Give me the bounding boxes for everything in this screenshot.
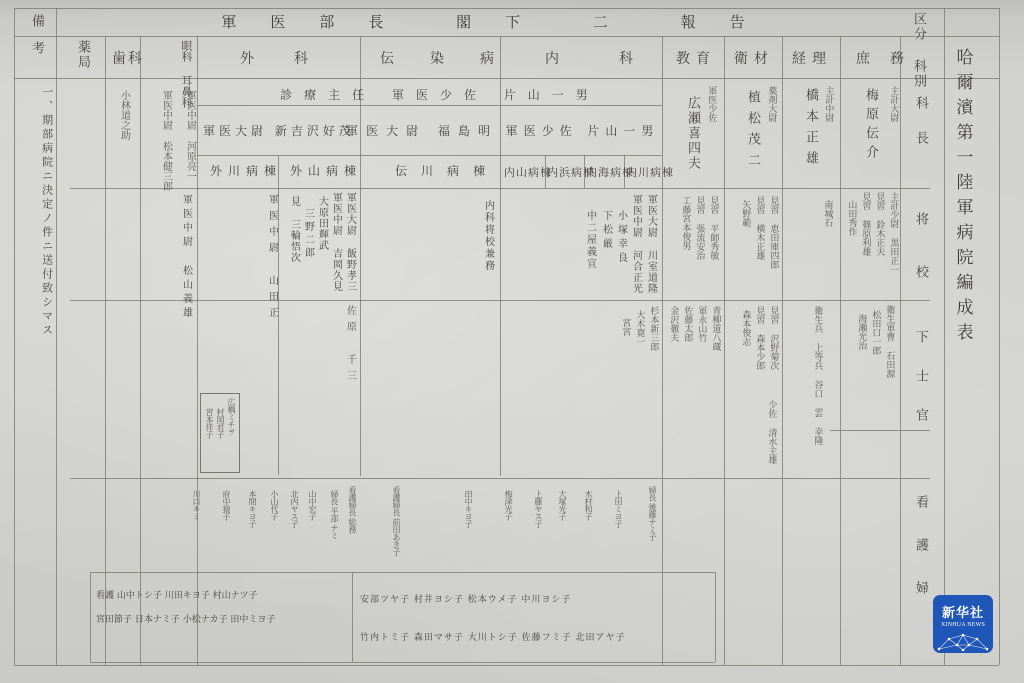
nurse-ul-2: 婦長 平部 ナミ [329,490,339,539]
naika-sub-head: 軍医少佐 片山一男 [505,122,660,139]
nurse-lower-1: 看護 山中トシ子 川田キヨ子 村山ナツ子 [96,588,258,601]
nurse-lower-split [352,572,353,662]
naika-dept-head: 診療主任 軍医少佐 片山一男 [230,86,650,103]
main-title: 哈爾濱第一陸軍病院編成表 [952,48,972,348]
globe-network-icon [937,633,989,651]
nco-eizai-2: 見習 森本少郎 [754,306,764,370]
nurse-box: 広橋ミチヲ 村岡君子 宮本伴子 [200,393,240,473]
officer-shomu-2: 見習 鈴木正夫 [874,192,884,256]
officer-extra-note: 佐原 千三 [344,305,356,386]
nco-kyoiku-1: 青柳道八蔵 [710,306,720,351]
nurse-lower-top [90,572,715,573]
ward-infectious: 伝川病棟 [395,162,499,179]
nurse-ur-8: 看護婦長 前田あき子 [391,486,401,556]
nurse-ul-8: 川口キミ [191,490,201,520]
nco-keiri-1: 衛生兵 上等兵 谷口 雲 幸隆 [812,306,822,445]
chief-kyoiku-rank: 軍医少佐 [706,86,716,122]
right-border [999,8,1000,665]
officer-geka-1: 軍医大尉 飯野孝三 [344,192,356,292]
nurse-block-upper-left: 看護婦長 総務 婦長 平部 ナミ 山中宏子 北内ヤス子 小山代子 本間キヨ子 府… [140,481,362,573]
densenbyo-sub-head: 軍医大尉 福島明 [362,122,498,139]
officer-naika-5: 中二屋義宣 [584,210,596,270]
nco-kyoiku-4: 金沢徹夫 [668,306,678,342]
nurse-ul-4: 北内ヤス子 [289,490,299,528]
header-naika: 内科 [545,48,693,68]
header-shika: 歯科 [112,48,144,68]
header-shomu: 庶務 [856,48,924,68]
naika-head-divider [197,105,662,106]
nco-kyoiku-3: 佐藤太郎 [682,306,692,342]
rank-chief: 科長 [912,96,927,166]
chief-ganka-2: 軍医中尉 松本健三郎 [160,90,172,191]
col-eizai-right [782,36,783,665]
col-shomu-right [900,36,901,665]
officer-geka-5: 見 三輪悟次 [288,196,300,263]
officer-ganka-1: 軍医中尉 松山義雄 [180,194,192,321]
officer-kyoiku-3: 工藤宮本俊男 [680,196,690,250]
officer-naika-3: 小塚幸良 [615,210,627,266]
header-geka: 外科 [240,48,348,68]
header-eizai: 衛材 [734,48,774,68]
bottom-border [14,665,999,666]
officer-kyoiku-1: 見習 平師秀敏 [708,196,718,260]
nurse-ul-1: 看護婦長 総務 [347,486,357,533]
nurse-ul-3: 山中宏子 [307,490,317,520]
rank-officers: 将校 [912,212,927,318]
col-keiri-right [840,36,841,665]
nco-naika-3: 宮宮 [620,318,630,336]
chief-eizai-rank: 薬剤大尉 [766,86,776,122]
nurse-ur-2: 上田ミヨ子 [613,490,623,528]
nurse-ur-5: 上藤ヤス子 [533,490,543,528]
geka-sub-head: 軍医大尉 新吉沢好茂 [200,122,358,139]
nco-shomu-1: 衛生軍曹 石田源 [884,305,894,378]
nco-kyoiku-2: 軍永山竹 [696,306,706,342]
officer-naika-4: 下松厳 [600,210,612,252]
nurse-ul-7: 府中猿子 [221,490,231,520]
nurse-lower-2: 宮田節子 日本ナミ子 小松ナカ子 田中ミヨ子 [96,612,275,625]
nurse-ur-7: 田中キヨ子 [463,490,473,528]
officer-densenbyo-1: 内科将校兼務 [482,200,494,272]
ward-surgery-1: 外山病棟 [290,162,362,179]
nurse-ur-6: 梅津光子 [503,490,513,520]
header-banner: 軍医部長 閣下 二 報告 [220,11,780,32]
nurse-lower-3: 安部ツヤ子 村井ヨシ子 松本ウメ子 中川ヨシ子 [360,592,571,605]
officer-shomu-1: 主計少尉 黒田正一 [888,192,898,274]
xinhua-news-logo: 新华社 XINHUA NEWS [933,595,993,653]
top-border [14,8,999,9]
officer-geka-6: 軍医中尉 山田正 [266,194,278,323]
nco-shomu-2: 松田口一郎 [870,310,880,355]
header-densenbyo: 伝染病 [380,48,530,68]
chief-ganka-1: 軍医中尉 河原亮一 [184,90,196,181]
chief-shomu-rank: 主計大尉 [888,86,898,122]
chief-kyoiku: 広瀬喜四夫 [684,96,699,171]
rank-ncos: 下士官 [912,330,927,447]
nurse-row-top [70,478,930,479]
ward-internal-4: 内山病棟 [504,164,552,180]
nurse-ul-5: 小山代子 [269,490,279,520]
nurse-lower-4: 竹内トミ子 森田マサ子 大川トシ子 佐藤フミ子 北田アヤ子 [360,630,625,643]
officer-kyoiku-2: 見習 張流安治 [694,196,704,260]
nurse-lower-right [715,572,716,662]
nco-eizai-1: 見習 沢野菊次 [768,306,778,370]
nco-eizai-3: 森本俊志 [740,310,750,346]
col-geka-split [278,155,279,475]
nurse-boxed-3: 宮本伴子 [204,408,214,438]
logo-text-cn: 新华社 [933,602,993,621]
banner-divider [14,36,999,37]
nurse-boxed-1: 広橋ミチヲ [226,398,236,436]
nurse-ur-1: 婦長 後藤ナミ子 [647,486,657,541]
chief-eizai: 植松茂二 [744,90,759,174]
officer-eizai-3: 矢野範 [740,200,750,227]
logo-text-en: XINHUA NEWS [933,622,993,628]
chief-shika: 小林道之助 [118,90,130,140]
left-border [14,8,15,665]
officer-shomu-3: 見習 篠原利雄 [860,192,870,256]
chief-keiri-rank: 主計中尉 [823,86,833,122]
rank-col-right [944,8,945,665]
nco-naika-1: 杉本新三郎 [648,306,658,351]
rank-nurses: 看護婦 [912,495,927,624]
nco-shomu-3: 海瀬光治 [856,314,866,350]
col-kyoiku-right [724,36,725,665]
chief-keiri: 橋本正雄 [802,88,817,172]
nurse-boxed-2: 村岡君子 [215,408,225,438]
officer-naika-1: 軍医大尉 川室道隆 [645,194,657,294]
chief-shomu: 梅原伝介 [862,88,877,164]
header-biko: 備考 [28,14,43,68]
officer-geka-2: 軍医中尉 吉岡久見 [330,192,342,292]
officer-eizai-2: 見習 横木正雄 [754,196,764,260]
nco-eizai-4: 少佐 清水主雄 [766,400,776,464]
nurse-ur-4: 大塚光子 [557,490,567,520]
nurse-block-upper-right: 婦長 後藤ナミ子 上田ミヨ子 木村和子 大塚光子 上藤ヤス子 梅津光子 田中キヨ… [360,481,664,573]
nurse-ul-6: 本間キヨ子 [247,490,257,528]
header-keiri: 経理 [792,48,832,68]
nco-naika-2: 大木寛一 [634,310,644,346]
col-biko-right [56,8,57,665]
header-yakuzai: 薬局 [74,40,89,70]
biko-note: 一、期部病院ニ決定ノ件ニ送付致シマス [40,86,53,338]
nurse-ur-3: 木村和子 [583,490,593,520]
officer-keiri-1: 南城石 [822,200,832,227]
ward-internal-3: 内浜病棟 [547,164,595,180]
ward-surgery-2: 外川病棟 [210,162,282,179]
officer-geka-3: 大原田輝武 [316,196,328,251]
nurse-lower-left [90,572,91,662]
officer-geka-4: 三野二郎 [302,208,314,260]
officer-shomu-4: 山田秀作 [846,200,856,236]
officer-eizai-1: 見習 恵田庫四郎 [768,196,778,269]
subhead-divider [197,155,662,156]
officer-naika-2: 軍医中尉 河合正光 [630,194,642,294]
col-yakuzai-right [105,36,106,665]
nurse-lower-bottom [90,662,715,663]
